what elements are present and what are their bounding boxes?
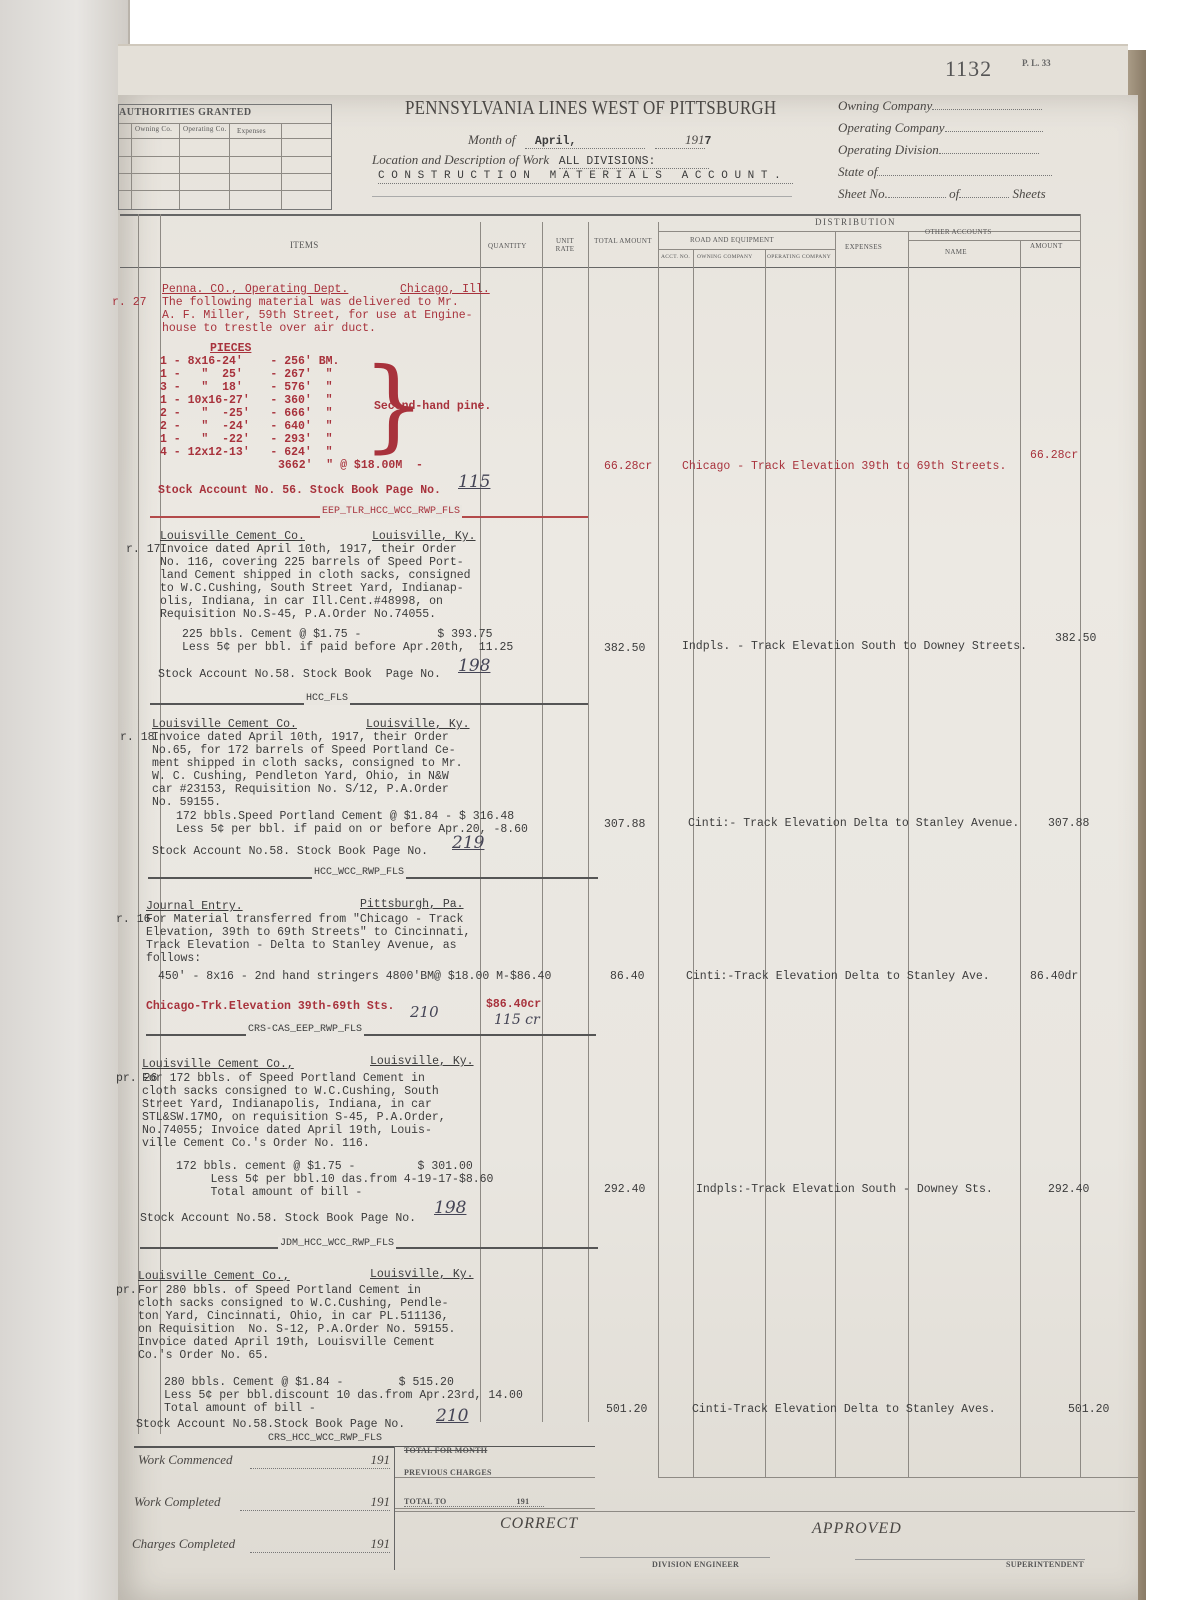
entry-vendor: Journal Entry. (146, 900, 243, 913)
entry-total-amount: 66.28cr (604, 460, 652, 473)
authorities-granted-box: AUTHORITIES GRANTED Owning Co. Operating… (118, 104, 332, 210)
operating-company-label: Operating Company (838, 120, 945, 135)
col-amount: AMOUNT (1030, 242, 1063, 250)
form-code: P. L. 33 (1022, 58, 1051, 68)
entry-total-amount: 307.88 (604, 818, 645, 831)
operating-division-label: Operating Division (838, 142, 939, 157)
distribution-name: Chicago - Track Elevation 39th to 69th S… (682, 460, 1006, 473)
charges-completed-label: Charges Completed (132, 1536, 235, 1552)
year-suffix: 7 (705, 135, 712, 148)
distribution-amount: 86.40dr (1030, 970, 1078, 983)
auth-col-expenses: Expenses (237, 127, 266, 135)
operating-division-field: Operating Division (838, 142, 1098, 158)
col-total-amount: TOTAL AMOUNT (593, 237, 653, 245)
previous-charges-label: PREVIOUS CHARGES (404, 1468, 492, 1477)
col-acct-no: ACCT. No. (661, 254, 690, 260)
entry-total-amount: 501.20 (606, 1403, 647, 1416)
entry-body: Invoice dated April 10th, 1917, their Or… (160, 543, 471, 621)
distribution-amount: 292.40 (1048, 1183, 1089, 1196)
entry-body: Invoice dated April 10th, 1917, their Or… (152, 731, 463, 809)
stock-page-handwritten: 210 (436, 1406, 468, 1426)
work-completed-label: Work Completed (134, 1494, 221, 1510)
approved-label: APPROVED (812, 1520, 902, 1538)
col-name: NAME (945, 248, 967, 256)
col-expenses: EXPENSES (845, 243, 882, 251)
sheet-no-field: Sheet No. of Sheets (838, 186, 1098, 202)
stock-line: Stock Account No.58.Stock Book Page No. (136, 1418, 405, 1431)
entry-vendor: Louisville Cement Co. (160, 530, 305, 543)
owning-company-label: Owning Company (838, 98, 932, 113)
entry-date: r. 17 (126, 543, 161, 556)
piece-row: 1 - 8x16-24' - 256' BM. (160, 355, 339, 368)
total-to-year: 191 (517, 1497, 530, 1506)
auth-col-operating: Operating Co. (183, 125, 227, 133)
distribution-name: Cinti:-Track Elevation Delta to Stanley … (686, 970, 990, 983)
auth-col-owning: Owning Co. (135, 125, 172, 133)
superintendent-signature: SUPERINTENDENT (1006, 1560, 1084, 1569)
stock-line: Stock Account No. 56. Stock Book Page No… (158, 484, 441, 497)
form-number: 1132 (945, 56, 992, 82)
entry-date: r. 18 (120, 731, 155, 744)
work-completed-year: 191 (240, 1494, 390, 1511)
entry-body: For Material transferred from "Chicago -… (146, 913, 470, 965)
company-title: PENNSYLVANIA LINES WEST OF PITTSBURGH (405, 96, 776, 120)
approval-initials: HCC_FLS (304, 692, 350, 705)
entry-calc: 172 bbls. cement @ $1.75 - $ 301.00 Less… (176, 1160, 493, 1199)
entry-calc: 225 bbls. Cement @ $1.75 - $ 393.75 Less… (182, 628, 513, 654)
distribution-amount: 501.20 (1068, 1403, 1109, 1416)
distribution-name: Cinti-Track Elevation Delta to Stanley A… (692, 1403, 996, 1416)
operating-company-field: Operating Company (838, 120, 1098, 136)
col-unit-rate: UNIT RATE (550, 237, 580, 253)
entry-body: For 280 bbls. of Speed Portland Cement i… (138, 1284, 455, 1362)
piece-row: 1 - " -22' - 293' " (160, 433, 333, 446)
col-distribution: DISTRIBUTION (815, 217, 896, 227)
facing-page-edge (0, 0, 130, 1600)
entry-calc: 450' - 8x16 - 2nd hand stringers 4800'BM… (158, 970, 551, 983)
distribution-amount: 66.28cr (1030, 449, 1078, 462)
location-label: Location and Description of Work (372, 152, 549, 167)
entry-location: Louisville, Ky. (366, 718, 470, 731)
month-value: April, (525, 135, 645, 149)
sheets-label: Sheets (1012, 186, 1045, 201)
stock-page-handwritten: 198 (458, 656, 490, 676)
total-to-label: TOTAL TO191 (404, 1497, 544, 1507)
entry-location: Louisville, Ky. (370, 1268, 474, 1281)
handwritten-note: 210 (410, 1003, 439, 1021)
entry-location: Pittsburgh, Pa. (360, 898, 464, 911)
col-owning-company: OWNING COMPANY (697, 254, 753, 260)
piece-row: 1 - 10x16-27' - 360' " (160, 394, 333, 407)
month-line: Month of April, 1917 (468, 131, 798, 149)
pieces-note: Second-hand pine. (374, 400, 491, 413)
stock-page-handwritten: 115 (458, 472, 490, 492)
credit-line: Chicago-Trk.Elevation 39th-69th Sts. (146, 1000, 394, 1013)
col-quantity: QUANTITY (488, 242, 527, 250)
piece-row: 2 - " -24' - 640' " (160, 420, 333, 433)
pieces-header: PIECES (210, 342, 251, 355)
stock-page-handwritten: 198 (434, 1198, 466, 1218)
distribution-name: Indpls. - Track Elevation South to Downe… (682, 640, 1027, 653)
entry-total-amount: 292.40 (604, 1183, 645, 1196)
account-line: C O N S T R U C T I O N M A T E R I A L … (378, 170, 793, 184)
piece-row: 1 - " 25' - 267' " (160, 368, 333, 381)
distribution-amount: 382.50 (1055, 632, 1096, 645)
col-other-accounts: OTHER ACCOUNTS (925, 228, 992, 236)
authorities-title: AUTHORITIES GRANTED (119, 107, 252, 118)
year-prefix: 191 (655, 132, 705, 149)
piece-row: 4 - 12x12-13' - 624' " (160, 446, 333, 459)
entry-total-amount: 86.40 (610, 970, 645, 983)
approval-initials: JDM_HCC_WCC_RWP_FLS (278, 1237, 396, 1250)
stock-page-handwritten: 219 (452, 833, 484, 853)
entry-body: The following material was delivered to … (162, 296, 473, 335)
approval-initials: EEP_TLR_HCC_WCC_RWP_FLS (320, 505, 462, 518)
entry-location: Louisville, Ky. (370, 1055, 474, 1068)
work-commenced-year: 191 (250, 1452, 390, 1469)
total-for-month-label: TOTAL FOR MONTH (404, 1446, 487, 1455)
handwritten-note: 115 cr (494, 1012, 540, 1028)
entry-vendor: Penna. CO., Operating Dept. (162, 283, 348, 296)
approval-initials: CRS-CAS_EEP_RWP_FLS (246, 1023, 364, 1036)
credit-amount: $86.40cr (486, 998, 541, 1011)
distribution-name: Indpls:-Track Elevation South - Downey S… (696, 1183, 993, 1196)
location-value: ALL DIVISIONS: (559, 155, 709, 169)
entry-vendor: Louisville Cement Co., (138, 1270, 290, 1283)
piece-row: 3 - " 18' - 576' " (160, 381, 333, 394)
approval-initials: HCC_WCC_RWP_FLS (312, 866, 406, 879)
entry-vendor: Louisville Cement Co. (152, 718, 297, 731)
entry-location: Louisville, Ky. (372, 530, 476, 543)
col-road-equipment: ROAD AND EQUIPMENT (690, 236, 774, 244)
stock-line: Stock Account No.58. Stock Book Page No. (140, 1212, 416, 1225)
entry-date: pr. (116, 1284, 137, 1297)
work-commenced-label: Work Commenced (138, 1452, 232, 1468)
col-operating-company: OPERATING COMPANY (767, 254, 831, 260)
distribution-name: Cinti:- Track Elevation Delta to Stanley… (688, 817, 1019, 830)
total-to-text: TOTAL TO (404, 1497, 447, 1506)
entry-vendor: Louisville Cement Co., (142, 1058, 294, 1071)
stock-line: Stock Account No.58. Stock Book Page No. (158, 668, 441, 681)
of-label: of (949, 186, 959, 201)
stock-line: Stock Account No.58. Stock Book Page No. (152, 845, 428, 858)
entry-location: Chicago, Ill. (400, 283, 490, 296)
state-field: State of (838, 164, 1098, 180)
division-engineer-signature: DIVISION ENGINEER (652, 1560, 739, 1569)
entry-total-amount: 382.50 (604, 642, 645, 655)
sheet-no-label: Sheet No. (838, 186, 888, 201)
correct-label: CORRECT (500, 1515, 578, 1533)
location-line: Location and Description of Work ALL DIV… (372, 151, 792, 169)
owning-company-field: Owning Company (838, 98, 1098, 114)
approval-initials: CRS_HCC_WCC_RWP_FLS (268, 1432, 382, 1445)
entry-calc: 280 bbls. Cement @ $1.84 - $ 515.20 Less… (164, 1376, 523, 1415)
entry-date: r. 27 (112, 296, 147, 309)
col-items: ITEMS (290, 240, 319, 250)
month-label: Month of (468, 132, 515, 147)
distribution-amount: 307.88 (1048, 817, 1089, 830)
entry-body: For 172 bbls. of Speed Portland Cement i… (142, 1072, 446, 1150)
piece-row: 2 - " -25' - 666' " (160, 407, 333, 420)
state-of-label: State of (838, 164, 877, 179)
charges-completed-year: 191 (250, 1536, 390, 1553)
